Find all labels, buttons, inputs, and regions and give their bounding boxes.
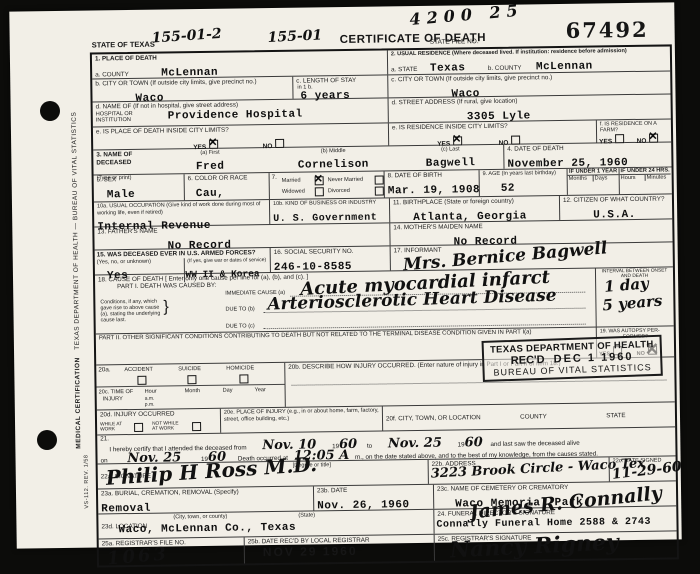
minutes-label: Minutes [646,174,671,180]
industry-label: 10b. KIND OF BUSINESS OR INDUSTRY [273,199,386,207]
field-time-of-injury: 20c. TIME OF INJURY Hour a.m. p.m. Month… [97,385,285,410]
birthplace-label: 11. BIRTHPLACE (State or foreign country… [393,197,556,207]
burial-location-value: Waco, McLennan Co., Texas [118,522,296,536]
handwritten-file-code: 4200 25 [409,1,525,30]
city-of-death-label: b. CITY OR TOWN (If outside city limits,… [95,78,289,88]
injury-20a-label: 20a. [98,366,110,374]
middle-name-label: (b) Middle [266,147,401,155]
field-burial-removal: 23a. BURIAL, CREMATION, REMOVAL (Specify… [98,486,313,513]
state-file-number: 67492 [565,17,648,43]
field-marital-status: 7. Married Never Married Widowed Divorce… [269,171,384,199]
field-residence-farm: f. IS RESIDENCE ON A FARM? YES NO [596,119,671,142]
month-label: Month [185,388,201,394]
days-label: Days [594,175,619,181]
due-to-c-label: DUE TO (c) [226,323,255,329]
field-date-signed: 22c. DATE SIGNED 11-29-60 [609,456,676,481]
field-accident-suicide-homicide: 20a. ACCIDENT SUICIDE HOMICIDE [96,363,284,388]
date-of-birth-value: Mar. 19, 1908 [388,184,480,197]
place-of-death-label: 1. PLACE OF DEATH [95,51,384,63]
hour-label: Hour [145,389,157,395]
never-married-label: Never Married [328,177,364,183]
field-place-of-injury: 20e. PLACE OF INJURY (e.g., in or about … [220,407,382,433]
field-occupation: 10a. USUAL OCCUPATION (Give kind of work… [94,200,269,226]
injury-county-label: COUNTY [520,413,547,420]
suicide-label: SUICIDE [178,366,201,372]
name-label2: DECEASED [96,158,154,166]
field-length-of-stay: c. LENGTH OF STAY in 1 b. 6 years [292,75,387,98]
field-city-of-death: b. CITY OR TOWN (If outside city limits,… [92,77,292,102]
months-label: Months [568,176,594,182]
never-married-checkbox [375,175,384,184]
usual-residence-label: 2. USUAL RESIDENCE (Where deceased lived… [391,47,667,58]
received-stamp: TEXAS DEPARTMENT OF HEALTH REC'D DEC 1 1… [482,335,663,382]
field-funeral-director: 24. FUNERAL DIRECTOR'S SIGNATURE Connall… [433,506,676,533]
race-label: 6. COLOR OR RACE [188,174,266,183]
injury-occurred-label: 20d. INJURY OCCURRED [100,410,217,419]
punch-hole-top [40,101,60,121]
interval-b-value: 5 years [602,292,663,315]
last-name-label: (c) Last [400,146,500,153]
residence-county-value: McLennan [536,60,593,73]
location-sublabel-state: (State) [298,512,315,518]
due-to-b-label: DUE TO (b) [225,306,254,312]
certificate-form: 1. PLACE OF DEATH a. COUNTY McLennan 2. … [90,44,679,567]
death-city-limits-label: e. IS PLACE OF DEATH INSIDE CITY LIMITS? [96,124,385,136]
margin-department-text: TEXAS DEPARTMENT OF HEALTH — BUREAU OF V… [70,63,87,398]
field-hospital: d. NAME OF (If not in hospital, give str… [93,98,388,126]
middle-name-value: Cornelison [298,159,369,172]
handwritten-code-2: 155-01 [267,27,322,46]
field-place-of-death-county: 1. PLACE OF DEATH a. COUNTY McLennan [92,50,387,78]
accident-checkbox [137,376,146,385]
date-of-death-label: 4. DATE OF DEATH [507,143,668,153]
field-age: 9. AGE (In years last birthday) 52 [479,169,567,196]
residence-city-label: c. CITY OR TOWN (If outside city limits,… [391,72,667,83]
married-label: Married [282,178,301,184]
field-injury-location: 20f. CITY, TOWN, OR LOCATION COUNTY STAT… [382,402,675,430]
race-value: Cau, [196,187,225,199]
homicide-checkbox [239,374,248,383]
field-physician-address: 22b. ADDRESS 3223 Brook Circle - Waco Te… [428,457,609,484]
mother-name-label: 14. MOTHER'S MAIDEN NAME [393,220,669,231]
divorced-label: Divorced [328,188,350,194]
field-father-name: 13. FATHER'S NAME No Record [94,223,389,249]
field-industry: 10b. KIND OF BUSINESS OR INDUSTRY U. S. … [269,198,389,224]
date-received-stamp: NOV 29 1960 [263,544,358,559]
residence-county-label: b. COUNTY [488,64,522,71]
field-interval-onset-death: INTERVAL BETWEEN ONSET AND DEATH 1 day 5… [595,267,674,326]
state-file-no-label: STATE FILE NO. [430,38,479,46]
occupation-label: 10a. USUAL OCCUPATION (Give kind of work… [97,201,266,217]
punch-hole-bottom [37,430,57,450]
hospital-value: Providence Hospital [168,109,303,123]
divorced-checkbox [375,186,384,195]
state-label: a. STATE [391,66,417,73]
state-of-texas-label: STATE OF TEXAS [92,40,155,50]
state-value: Texas [430,62,466,74]
field-usual-residence: 2. USUAL RESIDENCE (Where deceased lived… [387,46,670,74]
field-sex: 5. SEX Male [94,174,184,201]
industry-value: U. S. Government [273,212,377,224]
married-checkbox [315,176,324,185]
field-residence-city-limits: e. IS RESIDENCE INSIDE CITY LIMITS? YES … [388,120,596,145]
funeral-home-value: Connally Funeral Home 2588 & 2743 [436,517,651,531]
field-social-security: 16. SOCIAL SECURITY NO. 246-10-8585 [270,246,390,272]
not-while-at-work-label: NOT WHILE AT WORK [152,421,182,431]
armed-forces-sublabel1: (Yes, no, or unknown) [95,258,185,265]
part1-label: PART I. DEATH WAS CAUSED BY: [117,282,216,291]
father-name-label: 13. FATHER'S NAME [97,224,386,236]
location-sublabel-city: (City, town, or county) [173,514,227,521]
date-of-birth-label: 8. DATE OF BIRTH [388,171,476,180]
hours-label: Hours [620,175,646,181]
day-label: Day [223,388,233,394]
sex-label: 5. SEX [97,175,181,184]
margin-form-number: VS-112. REV. 1/58 [83,436,94,528]
burial-date-label: 23b. DATE [317,486,430,495]
handwritten-code-1: 155-01-2 [151,26,222,47]
sex-value: Male [107,188,136,200]
conditions-brace: } [163,298,169,316]
first-name-label: (a) First [154,149,266,157]
armed-forces-sublabel2: (If yes, give war or dates of service) [185,257,270,264]
field-street-address: d. STREET ADDRESS (If rural, give locati… [388,94,671,122]
field-injury-occurred: 20d. INJURY OCCURRED WHILE AT WORK NOT W… [97,409,220,435]
registrar-file-value: 1063 [106,543,170,569]
year-label: Year [255,387,266,393]
widowed-checkbox [315,187,324,196]
death-certificate-document: TEXAS DEPARTMENT OF HEALTH — BUREAU OF V… [9,2,681,548]
last-name-value: Bagwell [426,157,476,170]
certify-number: 21. [100,435,109,443]
time-of-injury-label2: INJURY [103,396,123,402]
field-birthplace: 11. BIRTHPLACE (State or foreign country… [389,196,559,222]
field-physician-signature: 22a. SIGNATURE [Degree or title] Philip … [98,460,428,489]
first-name-value: Fred [196,161,225,173]
suicide-checkbox [187,375,196,384]
accident-label: ACCIDENT [124,367,153,373]
age-label: 9. AGE (In years last birthday) [483,170,564,178]
length-of-stay-sublabel: in 1 b. [297,84,312,90]
describe-injury-line [292,380,667,386]
field-date-received: 25b. DATE REC'D BY LOCAL REGISTRAR NOV 2… [244,535,434,564]
injury-state-label: STATE [606,412,625,419]
field-date-of-death: 4. DATE OF DEATH November 25, 1960 [503,142,671,168]
widowed-label: Widowed [282,189,305,195]
place-of-injury-label: 20e. PLACE OF INJURY (e.g., in or about … [224,408,379,424]
homicide-label: HOMICIDE [226,365,254,371]
field-date-of-birth: 8. DATE OF BIRTH Mar. 19, 1908 [384,170,479,197]
while-at-work-checkbox [134,423,143,432]
hospital-label3: INSTITUTION [96,117,131,123]
field-armed-forces: 15. WAS DECEASED EVER IN U.S. ARMED FORC… [95,248,270,274]
field-burial-date: 23b. DATE Nov. 26, 1960 [313,485,433,511]
field-citizen: 12. CITIZEN OF WHAT COUNTRY? U.S.A. [559,194,672,220]
county-label: a. COUNTY [95,71,129,78]
burial-label: 23a. BURIAL, CREMATION, REMOVAL (Specify… [101,488,310,498]
while-at-work-label: WHILE AT WORK [100,422,128,432]
ssn-label: 16. SOCIAL SECURITY NO. [274,247,387,256]
field-informant: 17. INFORMANT Mrs. Bernice Bagwell [390,242,673,270]
field-burial-location: 23d. LOCATION (City, town, or county) (S… [98,510,433,539]
field-if-under-24-hrs: IF UNDER 24 HRS. Hours Minutes [619,167,671,194]
field-if-under-1-year: IF UNDER 1 YEAR Months Days [567,168,619,195]
not-while-at-work-checkbox [192,422,201,431]
residence-city-limits-label: e. IS RESIDENCE INSIDE CITY LIMITS? [392,122,593,132]
field-race: 6. COLOR OR RACE Cau, [184,173,269,200]
field-residence-city: c. CITY OR TOWN (If outside city limits,… [387,71,670,97]
field-registrar-signature: 25c. REGISTRAR'S SIGNATURE Nancy Rigney [434,531,677,560]
injury-city-label: 20f. CITY, TOWN, OR LOCATION [386,414,481,422]
pm-label: p.m. [145,402,155,408]
conditions-label: Conditions, if any, which gave rise to a… [100,299,162,324]
field-mother-name: 14. MOTHER'S MAIDEN NAME No Record [389,219,672,245]
field-cause-of-death: 18. CAUSE OF DEATH [ Enter only one caus… [95,269,596,334]
time-of-injury-label: 20c. TIME OF [99,389,134,395]
age-value: 52 [501,182,515,194]
marital-label: 7. [272,174,277,182]
field-injury-left-block: 20a. ACCIDENT SUICIDE HOMICIDE 20c. TIME… [96,363,285,410]
field-registrar-file-no: 25a. REGISTRAR'S FILE NO. 1063 [99,537,244,565]
field-death-city-limits: e. IS PLACE OF DEATH INSIDE CITY LIMITS?… [93,123,388,149]
citizen-label: 12. CITIZEN OF WHAT COUNTRY? [563,195,669,204]
street-address-label: d. STREET ADDRESS (If rural, give locati… [392,95,668,106]
